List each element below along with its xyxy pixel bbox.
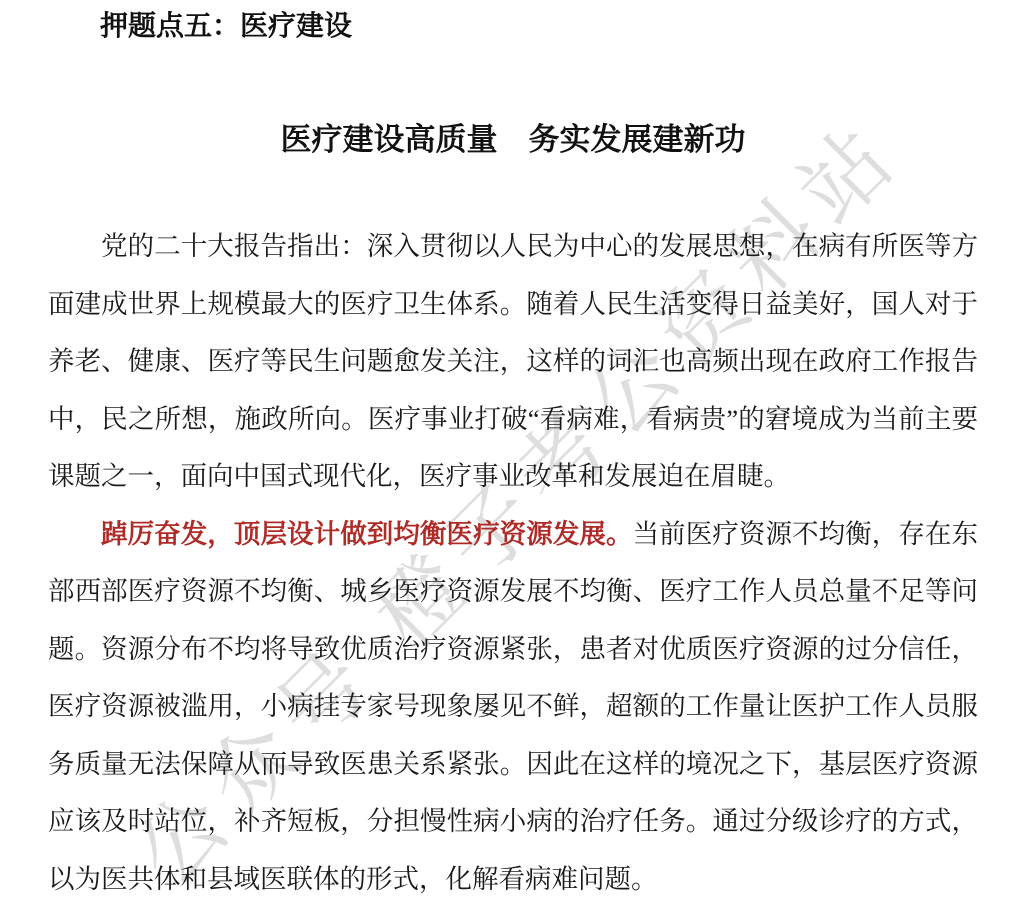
emphasis-lead: 踔厉奋发，顶层设计做到均衡医疗资源发展。	[101, 519, 633, 549]
paragraph-2: 踔厉奋发，顶层设计做到均衡医疗资源发展。当前医疗资源不均衡，存在东部西部医疗资源…	[48, 506, 978, 909]
document-title: 医疗建设高质量 务实发展建新功	[0, 118, 1026, 162]
paragraph-1-text: 党的二十大报告指出：深入贯彻以人民为中心的发展思想，在病有所医等方面建成世界上规…	[48, 231, 978, 491]
paragraph-2-text: 当前医疗资源不均衡，存在东部西部医疗资源不均衡、城乡医疗资源发展不均衡、医疗工作…	[48, 519, 978, 894]
paragraph-1: 党的二十大报告指出：深入贯彻以人民为中心的发展思想，在病有所医等方面建成世界上规…	[48, 218, 978, 506]
document-page: 公众号 橙子考公资料站 押题点五：医疗建设 医疗建设高质量 务实发展建新功 党的…	[0, 0, 1026, 922]
section-heading: 押题点五：医疗建设	[100, 6, 352, 46]
body-text: 党的二十大报告指出：深入贯彻以人民为中心的发展思想，在病有所医等方面建成世界上规…	[48, 218, 978, 908]
